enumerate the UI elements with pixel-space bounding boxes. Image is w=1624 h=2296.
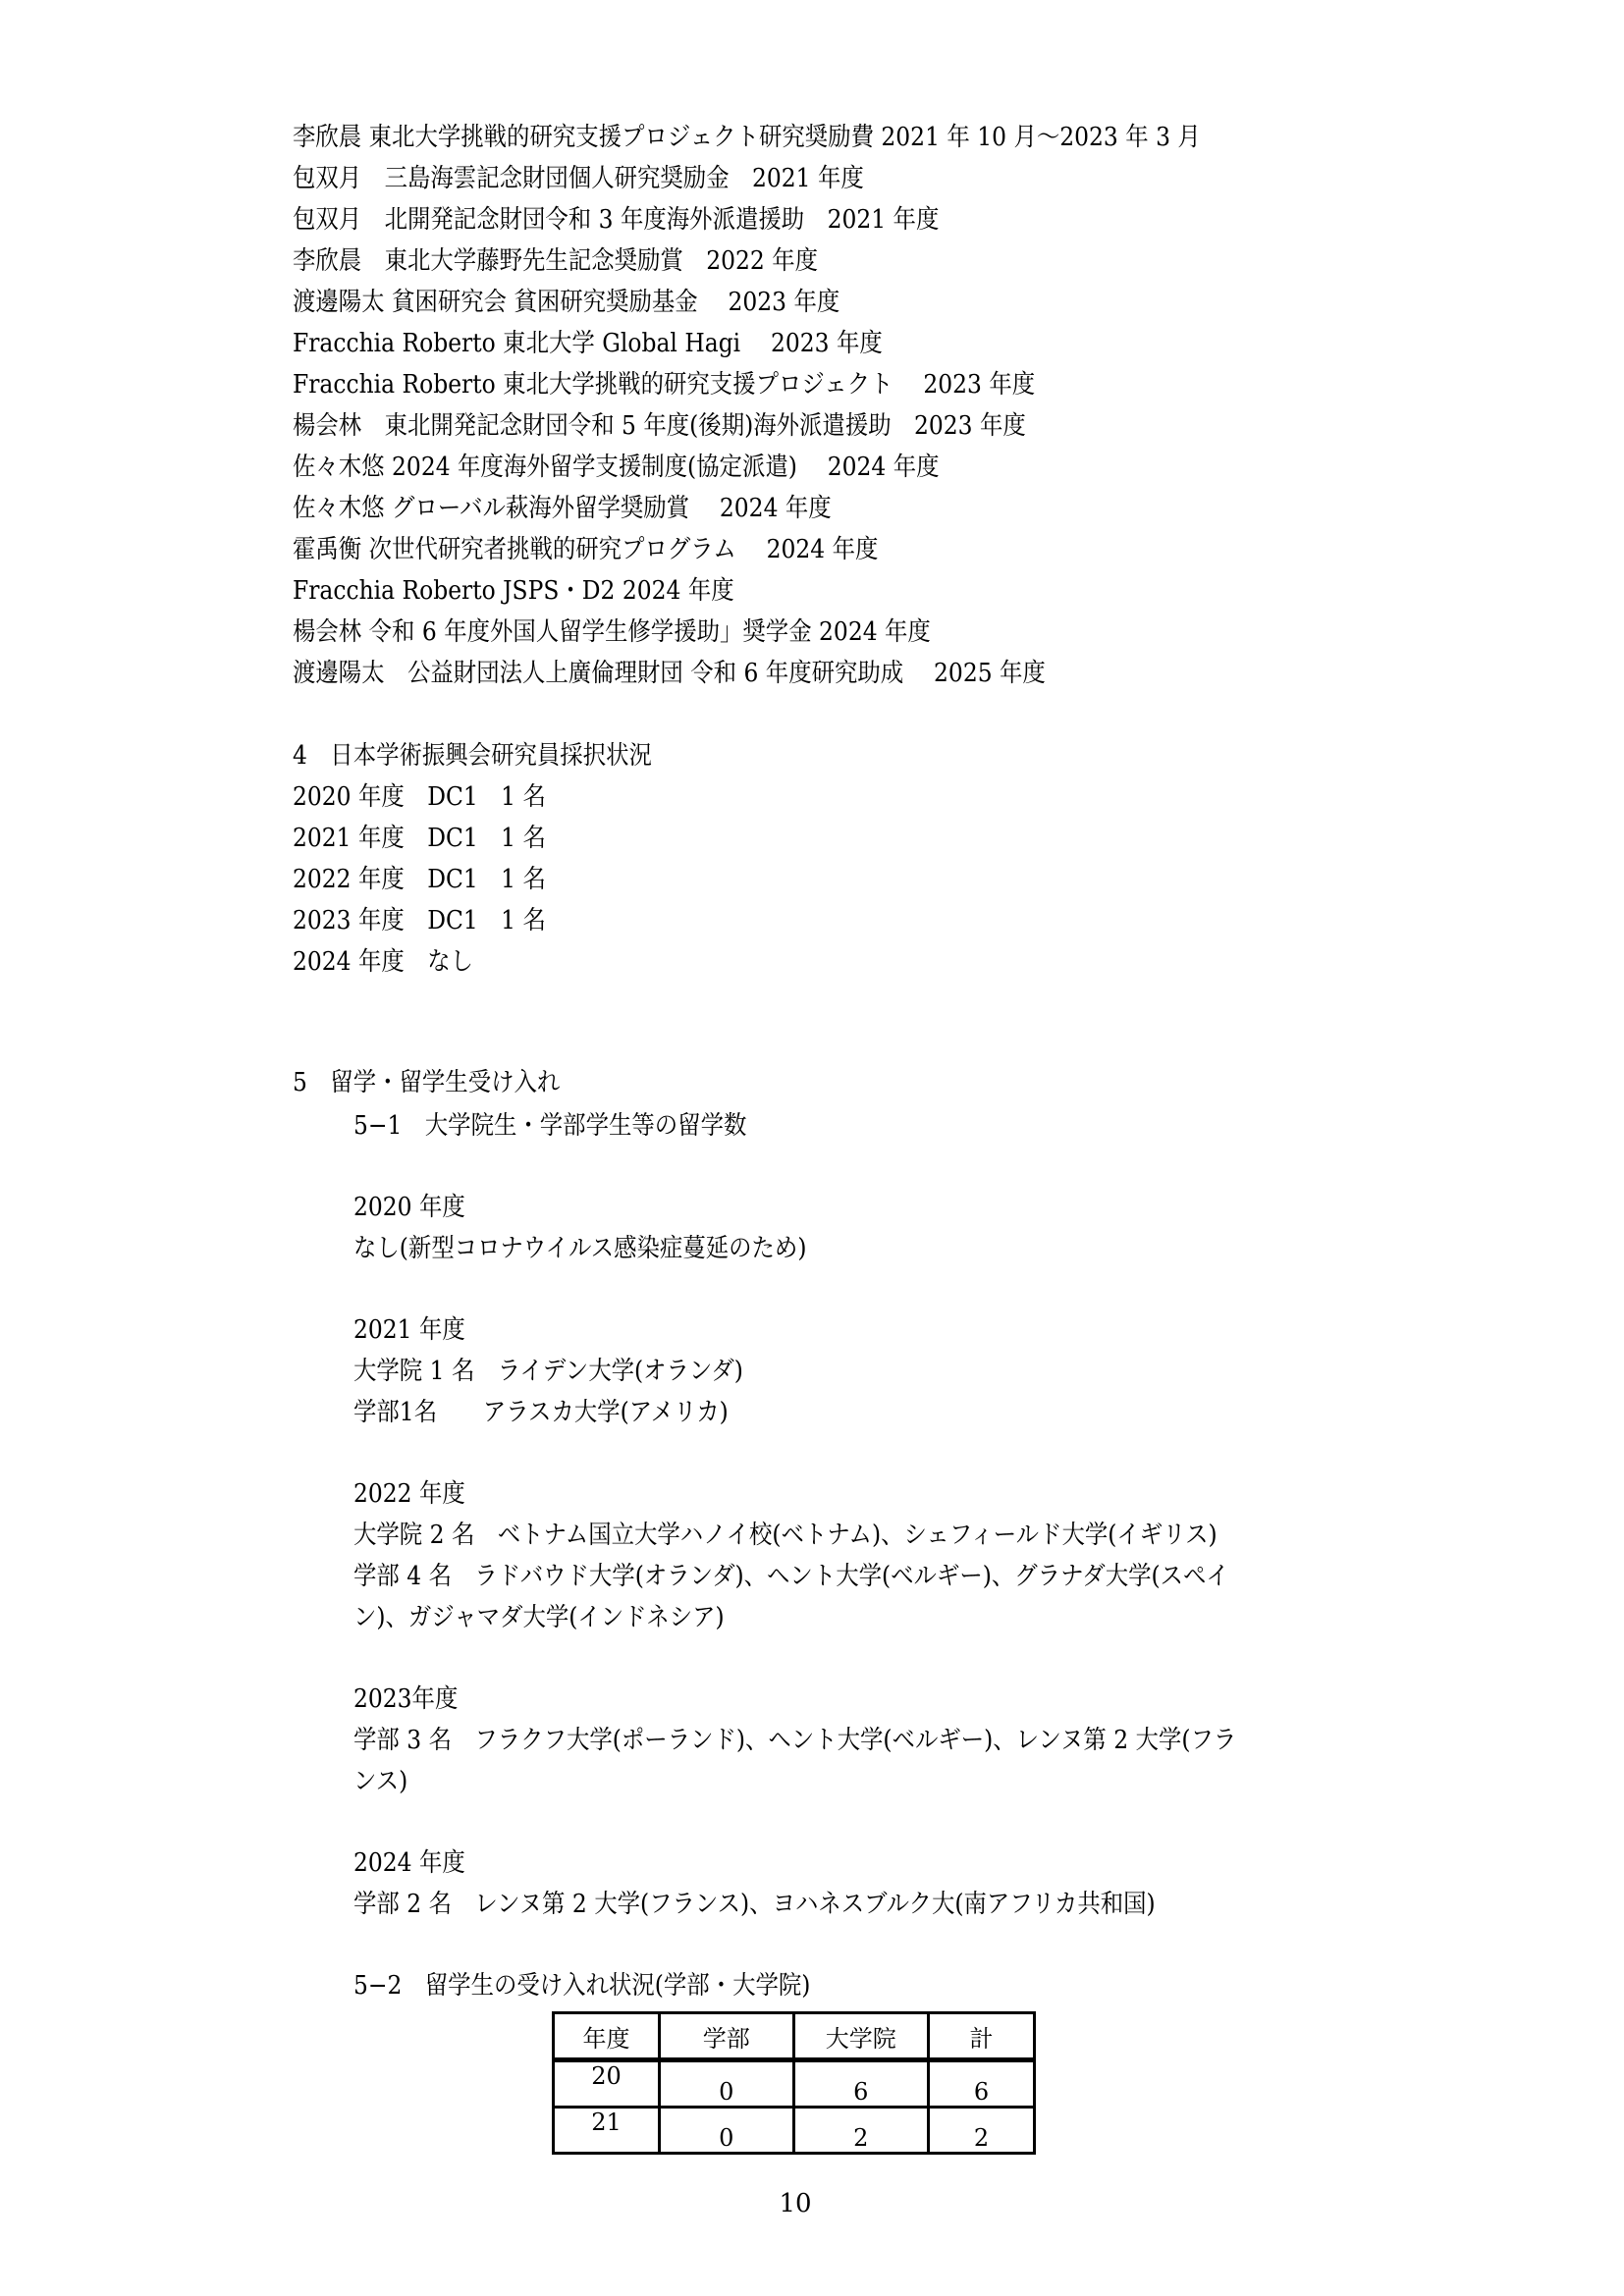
- grant-line: 李欣晨 東北大学藤野先生記念奨励賞 2022 年度: [293, 245, 818, 277]
- study-abroad-line: 大学院 2 名 ベトナム国立大学ハノイ校(ベトナム)、シェフィールド大学(イギリ…: [353, 1520, 1218, 1551]
- study-abroad-year: 2020 年度: [353, 1192, 465, 1223]
- cell-grad: 6: [793, 2060, 929, 2108]
- grant-line: 佐々木悠 グローバル萩海外留学奨励賞 2024 年度: [293, 493, 832, 524]
- jsps-item: 2024 年度 なし: [293, 946, 473, 978]
- grant-line: 楊会林 令和 6 年度外国人留学生修学援助」奨学金 2024 年度: [293, 616, 931, 648]
- section-4-heading: 4 日本学術振興会研究員採択状況: [293, 740, 652, 772]
- grant-line: 渡邊陽太 公益財団法人上廣倫理財団 令和 6 年度研究助成 2025 年度: [293, 658, 1046, 689]
- grant-line: 包双月 北開発記念財団令和 3 年度海外派遣援助 2021 年度: [293, 204, 939, 236]
- study-abroad-line: 学部 2 名 レンヌ第 2 大学(フランス)、ヨハネスブルク大(南アフリカ共和国…: [353, 1889, 1156, 1920]
- jsps-item: 2021 年度 DC1 1 名: [293, 823, 546, 854]
- jsps-item: 2023 年度 DC1 1 名: [293, 905, 546, 936]
- section-5-2-heading: 5−2 留学生の受け入れ状況(学部・大学院): [353, 1970, 810, 2002]
- table-row: 20 0 6 6: [554, 2060, 1035, 2108]
- study-abroad-year: 2022 年度: [353, 1478, 465, 1510]
- cell-year: 20: [554, 2060, 660, 2108]
- study-abroad-line: なし(新型コロナウイルス感染症蔓延のため): [353, 1233, 806, 1264]
- header-undergrad: 学部: [660, 2013, 794, 2060]
- grant-line: 佐々木悠 2024 年度海外留学支援制度(協定派遣) 2024 年度: [293, 452, 940, 483]
- cell-undergrad: 0: [660, 2060, 794, 2108]
- grant-line: Fracchia Roberto JSPS・D2 2024 年度: [293, 575, 734, 607]
- grant-line: 李欣晨 東北大学挑戦的研究支援プロジェクト研究奨励費 2021 年 10 月～2…: [293, 122, 1201, 153]
- table-header-row: 年度 学部 大学院 計: [554, 2013, 1035, 2060]
- jsps-item: 2020 年度 DC1 1 名: [293, 781, 546, 813]
- study-abroad-year: 2021 年度: [353, 1314, 465, 1346]
- table-row: 21 0 2 2: [554, 2108, 1035, 2154]
- header-year: 年度: [554, 2013, 660, 2060]
- study-abroad-year: 2023年度: [353, 1683, 458, 1715]
- grant-line: Fracchia Roberto 東北大学挑戦的研究支援プロジェクト 2023 …: [293, 369, 1035, 400]
- cell-total: 6: [929, 2060, 1035, 2108]
- grant-line: 霍禹衡 次世代研究者挑戦的研究プログラム 2024 年度: [293, 534, 878, 565]
- study-abroad-line: 大学院 1 名 ライデン大学(オランダ): [353, 1356, 743, 1387]
- header-total: 計: [929, 2013, 1035, 2060]
- study-abroad-line: 学部1名 アラスカ大学(アメリカ): [353, 1397, 729, 1428]
- grant-line: 渡邊陽太 貧困研究会 貧困研究奨励基金 2023 年度: [293, 287, 839, 318]
- intl-students-table: 年度 学部 大学院 計 20 0 6 6 21 0 2 2: [552, 2011, 1036, 2155]
- cell-undergrad: 0: [660, 2108, 794, 2154]
- section-5-1-heading: 5−1 大学院生・学部学生等の留学数: [353, 1110, 746, 1142]
- grant-line: Fracchia Roberto 東北大学 Global Hagi 2023 年…: [293, 328, 883, 359]
- header-grad: 大学院: [793, 2013, 929, 2060]
- grant-line: 包双月 三島海雲記念財団個人研究奨励金 2021 年度: [293, 163, 864, 194]
- section-5-heading: 5 留学・留学生受け入れ: [293, 1067, 560, 1098]
- study-abroad-line: 学部 3 名 フラクフ大学(ポーランド)、ヘント大学(ベルギー)、レンヌ第 2 …: [353, 1725, 1236, 1756]
- study-abroad-year: 2024 年度: [353, 1847, 465, 1879]
- grant-line: 楊会林 東北開発記念財団令和 5 年度(後期)海外派遣援助 2023 年度: [293, 410, 1026, 442]
- jsps-item: 2022 年度 DC1 1 名: [293, 864, 546, 895]
- study-abroad-line: 学部 4 名 ラドバウド大学(オランダ)、ヘント大学(ベルギー)、グラナダ大学(…: [353, 1561, 1229, 1592]
- cell-year: 21: [554, 2108, 660, 2154]
- study-abroad-line: ン)、ガジャマダ大学(インドネシア): [353, 1602, 725, 1633]
- page-number: 10: [0, 2188, 1591, 2219]
- study-abroad-line: ンス): [353, 1766, 407, 1797]
- cell-total: 2: [929, 2108, 1035, 2154]
- cell-grad: 2: [793, 2108, 929, 2154]
